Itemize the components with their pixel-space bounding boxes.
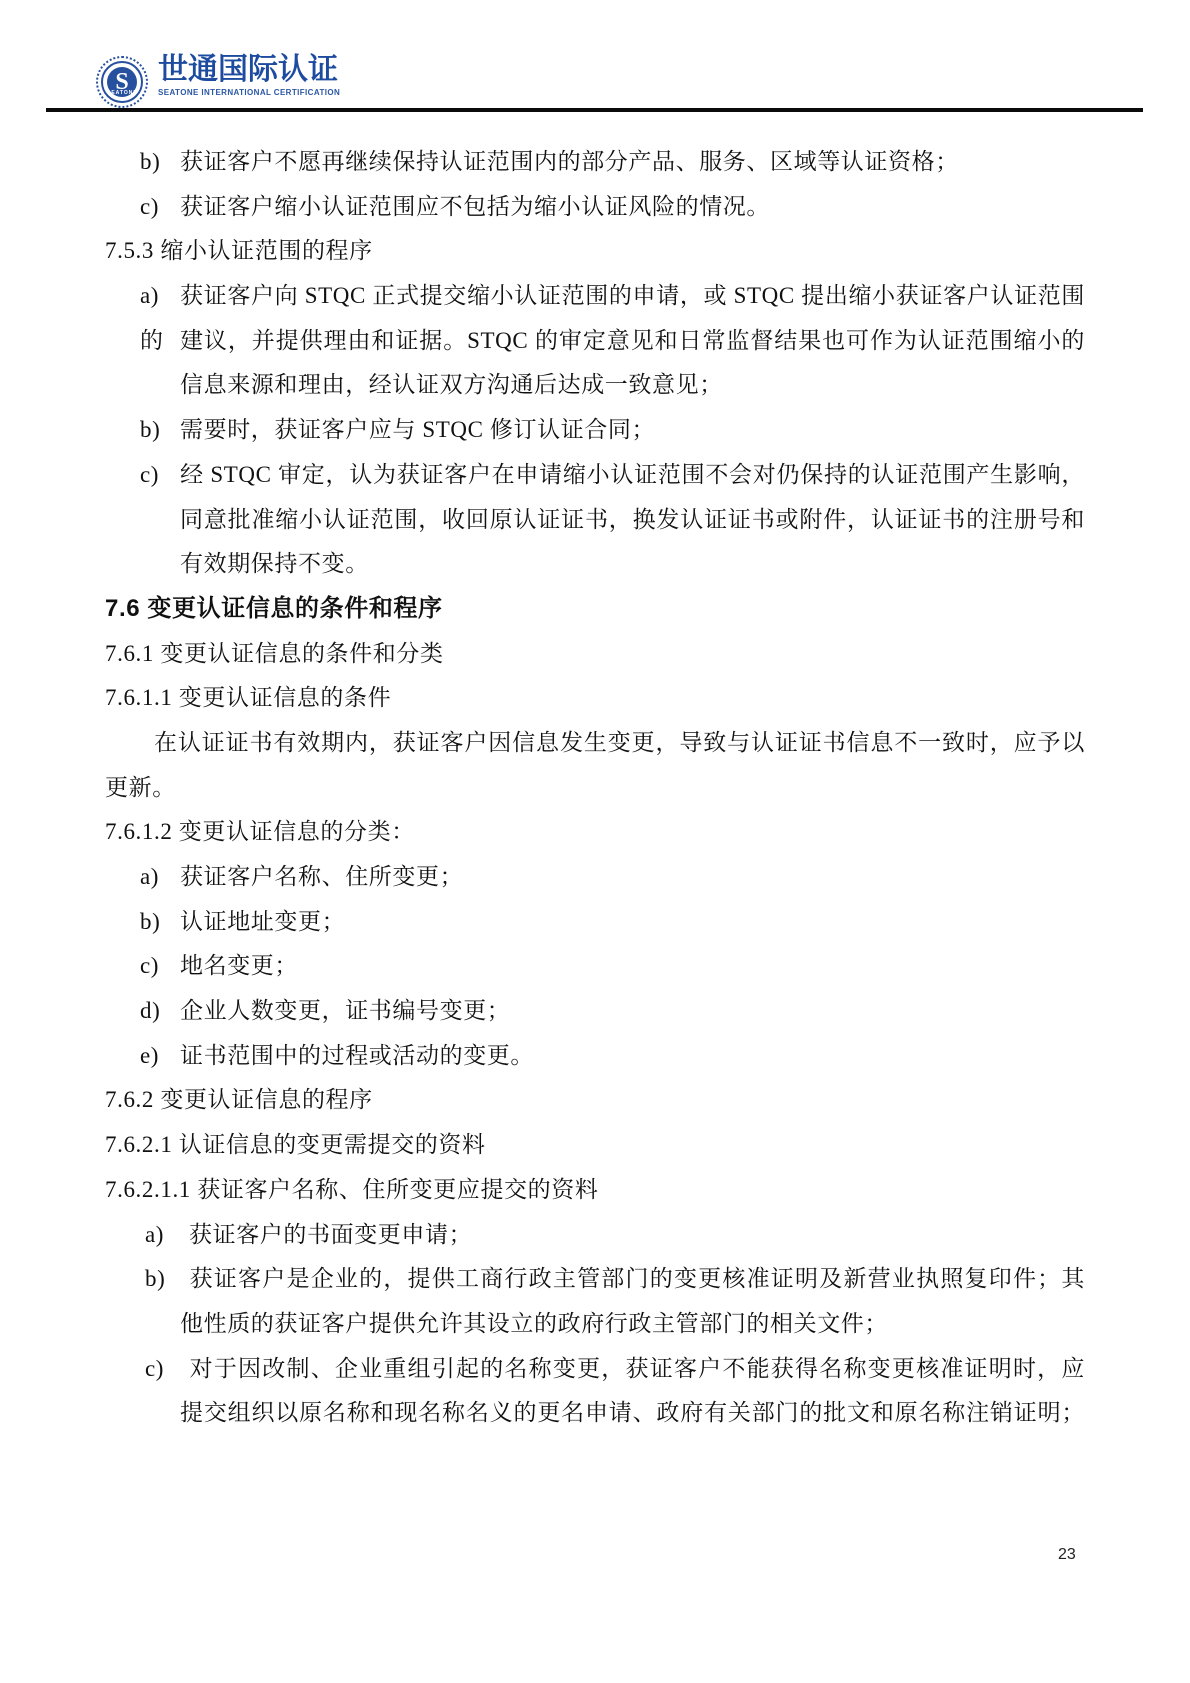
text-line: 更新。 — [105, 766, 1085, 811]
list-marker: d) — [140, 989, 180, 1034]
list-item-line: c)经 STQC 审定，认为获证客户在申请缩小认证范围不会对仍保持的认证范围产生… — [105, 453, 1085, 498]
logo-title-cn: 世通国际认证 — [158, 54, 340, 86]
list-item-line: e)证书范围中的过程或活动的变更。 — [105, 1034, 1085, 1079]
line-text: 7.6.1 变更认证信息的条件和分类 — [105, 641, 444, 666]
line-text: 7.6 变更认证信息的条件和程序 — [105, 595, 443, 622]
list-marker: c) — [140, 185, 180, 230]
line-text: 他性质的获证客户提供允许其设立的政府行政主管部门的相关文件； — [180, 1311, 888, 1336]
section-heading-line: 7.6.1.1 变更认证信息的条件 — [105, 676, 1085, 721]
document-body: b)获证客户不愿再继续保持认证范围内的部分产品、服务、区域等认证资格；c)获证客… — [105, 140, 1085, 1436]
list-item-line: a)获证客户名称、住所变更； — [105, 855, 1085, 900]
list-item-line: b)获证客户是企业的，提供工商行政主管部门的变更核准证明及新营业执照复印件；其 — [105, 1257, 1085, 1302]
line-text: 获证客户的书面变更申请； — [189, 1222, 472, 1247]
text-line: 有效期保持不变。 — [105, 542, 1085, 587]
list-item-line: b)需要时，获证客户应与 STQC 修订认证合同； — [105, 408, 1085, 453]
line-text: 7.6.1.1 变更认证信息的条件 — [105, 685, 391, 710]
logo-emblem: S SEATONE — [96, 56, 148, 108]
line-text: 企业人数变更，证书编号变更； — [180, 998, 510, 1023]
line-text: 对于因改制、企业重组引起的名称变更，获证客户不能获得名称变更核准证明时，应 — [189, 1356, 1085, 1381]
list-marker: a) — [145, 1213, 189, 1258]
line-text: 获证客户缩小认证范围应不包括为缩小认证风险的情况。 — [180, 194, 770, 219]
line-text: 有效期保持不变。 — [180, 551, 369, 576]
line-text: 7.6.1.2 变更认证信息的分类： — [105, 819, 415, 844]
line-text: 获证客户是企业的，提供工商行政主管部门的变更核准证明及新营业执照复印件；其 — [189, 1266, 1085, 1291]
list-item-line: a)获证客户的书面变更申请； — [105, 1213, 1085, 1258]
line-text: 7.5.3 缩小认证范围的程序 — [105, 238, 373, 263]
list-marker: a) — [140, 855, 180, 900]
line-text: 获证客户名称、住所变更； — [180, 864, 463, 889]
logo-text-block: 世通国际认证 SEATONE INTERNATIONAL CERTIFICATI… — [158, 54, 340, 97]
list-item-line: c)获证客户缩小认证范围应不包括为缩小认证风险的情况。 — [105, 185, 1085, 230]
line-text: 地名变更； — [180, 953, 298, 978]
line-text: 7.6.2 变更认证信息的程序 — [105, 1087, 373, 1112]
list-marker: c) — [140, 453, 180, 498]
list-item-line: b)认证地址变更； — [105, 900, 1085, 945]
section-heading-line: 7.6.1.2 变更认证信息的分类： — [105, 810, 1085, 855]
text-line: 在认证证书有效期内，获证客户因信息发生变更，导致与认证证书信息不一致时，应予以 — [105, 721, 1085, 766]
line-text: 建议，并提供理由和证据。STQC 的审定意见和日常监督结果也可作为认证范围缩小的 — [180, 328, 1085, 353]
list-item-line: c)地名变更； — [105, 944, 1085, 989]
line-text: 在认证证书有效期内，获证客户因信息发生变更，导致与认证证书信息不一致时，应予以 — [154, 730, 1085, 755]
text-line: 他性质的获证客户提供允许其设立的政府行政主管部门的相关文件； — [105, 1302, 1085, 1347]
line-text: 7.6.2.1 认证信息的变更需提交的资料 — [105, 1132, 486, 1157]
list-marker: e) — [140, 1034, 180, 1079]
line-text: 获证客户不愿再继续保持认证范围内的部分产品、服务、区域等认证资格； — [180, 149, 959, 174]
list-marker: b) — [140, 140, 180, 185]
list-item-line: d)企业人数变更，证书编号变更； — [105, 989, 1085, 1034]
line-text: 同意批准缩小认证范围，收回原认证证书，换发认证证书或附件，认证证书的注册号和 — [180, 507, 1085, 532]
text-line: 信息来源和理由，经认证双方沟通后达成一致意见； — [105, 363, 1085, 408]
logo-emblem-ring: S SEATONE — [101, 61, 143, 103]
line-text: 需要时，获证客户应与 STQC 修订认证合同； — [180, 417, 655, 442]
list-item-line: a)获证客户向 STQC 正式提交缩小认证范围的申请，或 STQC 提出缩小获证… — [105, 274, 1085, 319]
section-heading-line: 7.6.1 变更认证信息的条件和分类 — [105, 632, 1085, 677]
list-marker: c) — [140, 944, 180, 989]
document-page: S SEATONE 世通国际认证 SEATONE INTERNATIONAL C… — [0, 0, 1190, 1683]
list-item-line: b)获证客户不愿再继续保持认证范围内的部分产品、服务、区域等认证资格； — [105, 140, 1085, 185]
section-heading-line: 7.6.2 变更认证信息的程序 — [105, 1078, 1085, 1123]
list-marker: c) — [145, 1347, 189, 1392]
line-text: 提交组织以原名称和现名称名义的更名申请、政府有关部门的批文和原名称注销证明； — [180, 1400, 1085, 1425]
section-heading-line: 7.5.3 缩小认证范围的程序 — [105, 229, 1085, 274]
list-marker: a) — [140, 274, 180, 319]
list-marker: b) — [140, 408, 180, 453]
line-text: 经 STQC 审定，认为获证客户在申请缩小认证范围不会对仍保持的认证范围产生影响… — [180, 462, 1085, 487]
line-text: 证书范围中的过程或活动的变更。 — [180, 1043, 534, 1068]
line-text: 认证地址变更； — [180, 909, 345, 934]
list-marker: b) — [145, 1257, 189, 1302]
text-line: 建议，并提供理由和证据。STQC 的审定意见和日常监督结果也可作为认证范围缩小的 — [105, 319, 1085, 364]
list-item-line: c)对于因改制、企业重组引起的名称变更，获证客户不能获得名称变更核准证明时，应 — [105, 1347, 1085, 1392]
text-line: 提交组织以原名称和现名称名义的更名申请、政府有关部门的批文和原名称注销证明； — [105, 1391, 1085, 1436]
logo-emblem-core: S SEATONE — [107, 67, 137, 97]
line-text: 更新。 — [105, 775, 176, 800]
logo-ring-text: SEATONE — [107, 90, 137, 96]
section-heading-line: 7.6.2.1.1 获证客户名称、住所变更应提交的资料 — [105, 1168, 1085, 1213]
list-marker: b) — [140, 900, 180, 945]
line-text: 信息来源和理由，经认证双方沟通后达成一致意见； — [180, 372, 723, 397]
logo-subtitle-en: SEATONE INTERNATIONAL CERTIFICATION — [158, 88, 340, 97]
section-heading-line: 7.6.2.1 认证信息的变更需提交的资料 — [105, 1123, 1085, 1168]
text-line: 同意批准缩小认证范围，收回原认证证书，换发认证证书或附件，认证证书的注册号和 — [105, 498, 1085, 543]
page-number: 23 — [1058, 1546, 1076, 1564]
header-rule — [46, 108, 1143, 112]
line-text: 7.6.2.1.1 获证客户名称、住所变更应提交的资料 — [105, 1177, 598, 1202]
section-heading-line: 7.6 变更认证信息的条件和程序 — [105, 587, 1085, 632]
